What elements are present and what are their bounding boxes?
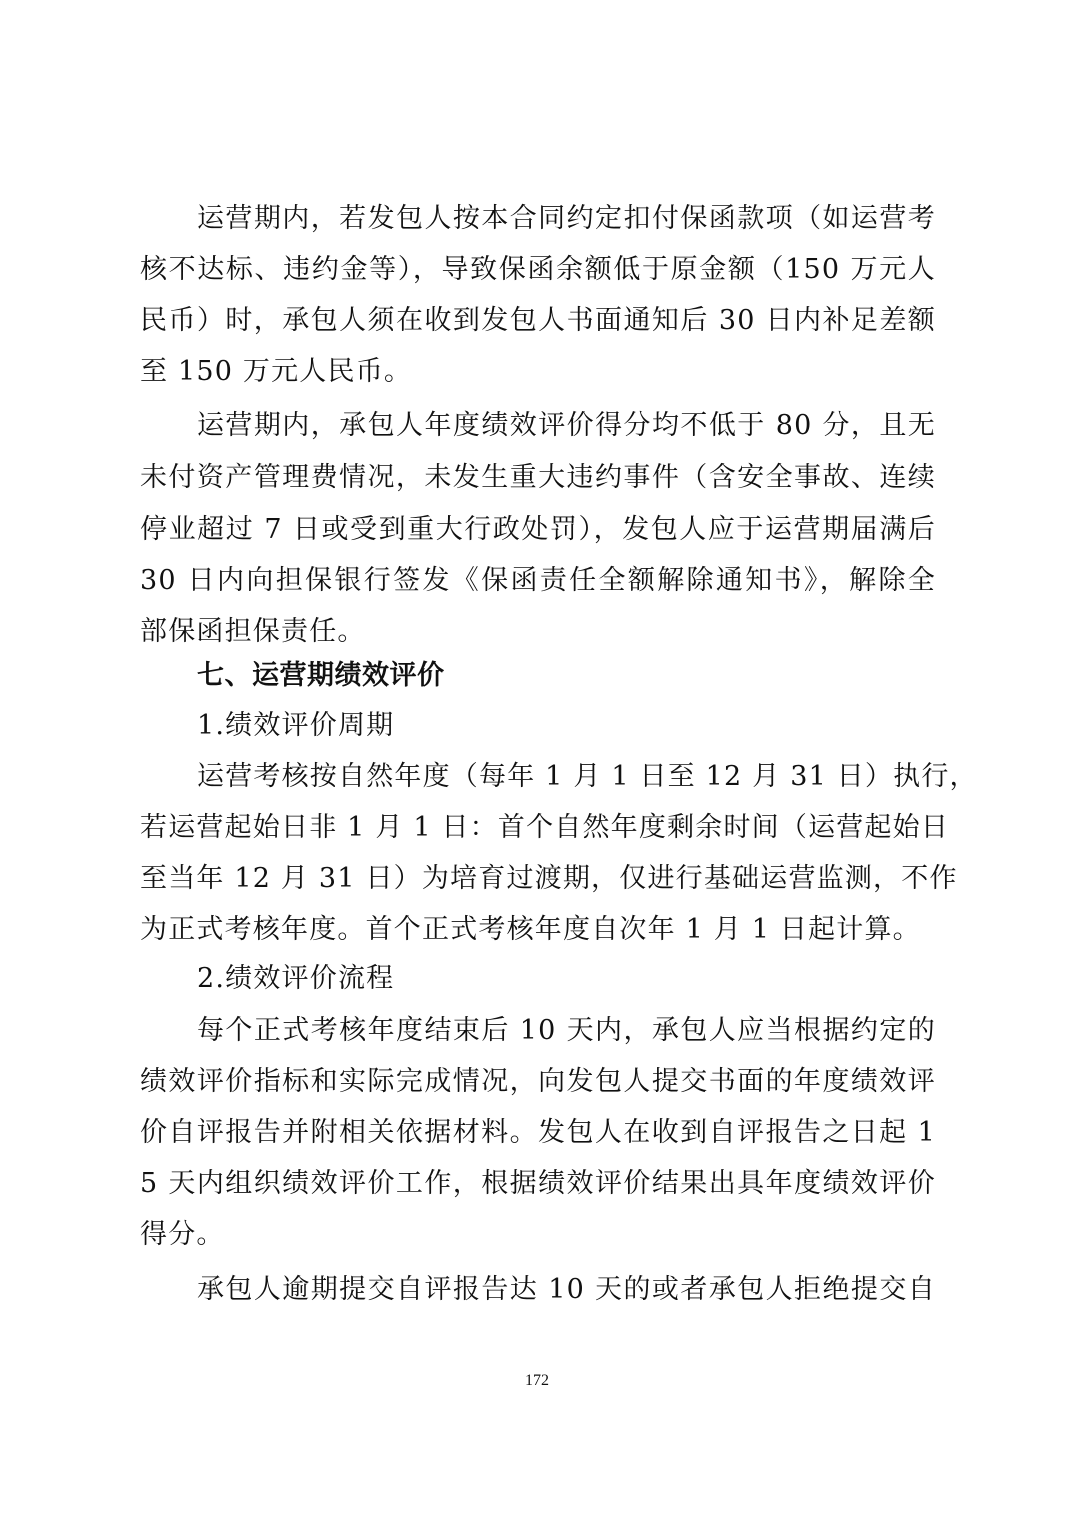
document-page: 运营期内，若发包人按本合同约定扣付保函款项（如运营考 核不达标、违约金等），导致… (0, 0, 1074, 1520)
paragraph-4-line-4: 5 天内组织绩效评价工作，根据绩效评价结果出具年度绩效评价 (140, 1164, 936, 1204)
paragraph-3-line-1: 运营考核按自然年度（每年 1 月 1 日至 12 月 31 日）执行， (197, 757, 936, 797)
paragraph-1-line-2: 核不达标、违约金等），导致保函余额低于原金额（150 万元人 (140, 250, 936, 290)
paragraph-4-line-1: 每个正式考核年度结束后 10 天内，承包人应当根据约定的 (197, 1011, 936, 1051)
subheading-2: 2.绩效评价流程 (197, 959, 936, 999)
paragraph-4-line-3: 价自评报告并附相关依据材料。发包人在收到自评报告之日起 1 (140, 1113, 936, 1153)
page-number: 172 (0, 1372, 1074, 1390)
paragraph-1-line-4: 至 150 万元人民币。 (140, 352, 936, 392)
paragraph-5-line-1: 承包人逾期提交自评报告达 10 天的或者承包人拒绝提交自 (197, 1270, 936, 1310)
paragraph-2-line-1: 运营期内，承包人年度绩效评价得分均不低于 80 分，且无 (197, 406, 936, 446)
paragraph-1-line-3: 民币）时，承包人须在收到发包人书面通知后 30 日内补足差额 (140, 301, 936, 341)
paragraph-3-line-3: 至当年 12 月 31 日）为培育过渡期，仅进行基础运营监测，不作 (140, 859, 936, 899)
paragraph-2-line-5: 部保函担保责任。 (140, 612, 936, 652)
paragraph-2-line-4: 30 日内向担保银行签发《保函责任全额解除通知书》，解除全 (140, 561, 936, 601)
section-heading: 七、运营期绩效评价 (197, 656, 936, 696)
paragraph-4-line-5: 得分。 (140, 1215, 936, 1255)
paragraph-2-line-2: 未付资产管理费情况，未发生重大违约事件（含安全事故、连续 (140, 458, 936, 498)
paragraph-3-line-2: 若运营起始日非 1 月 1 日：首个自然年度剩余时间（运营起始日 (140, 808, 936, 848)
paragraph-2-line-3: 停业超过 7 日或受到重大行政处罚），发包人应于运营期届满后 (140, 510, 936, 550)
paragraph-1-line-1: 运营期内，若发包人按本合同约定扣付保函款项（如运营考 (197, 199, 936, 239)
paragraph-4-line-2: 绩效评价指标和实际完成情况，向发包人提交书面的年度绩效评 (140, 1062, 936, 1102)
paragraph-3-line-4: 为正式考核年度。首个正式考核年度自次年 1 月 1 日起计算。 (140, 910, 936, 950)
subheading-1: 1.绩效评价周期 (197, 706, 936, 746)
